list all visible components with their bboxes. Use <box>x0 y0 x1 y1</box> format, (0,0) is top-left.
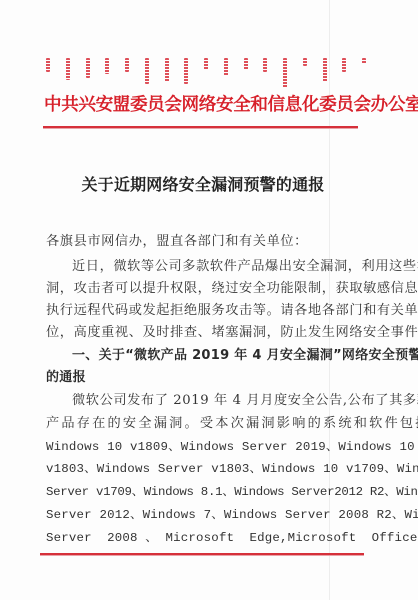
mongolian-word-glyph <box>66 58 70 80</box>
paragraph2-line: Server v1709、Windows 8.1、Windows Server2… <box>46 483 366 501</box>
section1-heading: 一、关于“微软产品 2019 年 4 月安全漏洞”网络安全预警 <box>72 347 392 365</box>
mongolian-word-glyph <box>165 58 169 82</box>
section1-heading: 的通报 <box>46 369 366 387</box>
paragraph1-line: 执行远程代码或发起拒绝服务攻击等。请各地各部门和有关单 <box>46 302 366 320</box>
salutation: 各旗县市网信办，盟直各部门和有关单位： <box>46 233 366 251</box>
paragraph2-line: Server 2008 、 Microsoft Edge,Microsoft O… <box>46 529 366 547</box>
mongolian-word-glyph <box>362 58 366 64</box>
paragraph2-line: 微软公司发布了 2019 年 4 月月度安全公告,公布了其多款 <box>72 392 392 410</box>
paragraph1-line: 近日，微软等公司多款软件产品爆出安全漏洞，利用这些漏 <box>72 258 392 276</box>
mongolian-word-glyph <box>263 58 267 72</box>
document-title: 关于近期网络安全漏洞预警的通报 <box>0 172 418 195</box>
letterhead-title: 中共兴安盟委员会网络安全和信息化委员会办公室 <box>44 93 364 117</box>
bottom-red-rule <box>40 553 364 556</box>
mongolian-word-glyph <box>244 58 248 70</box>
mongolian-word-glyph <box>46 58 50 72</box>
mongolian-word-glyph <box>125 58 129 72</box>
mongolian-word-glyph <box>283 58 287 88</box>
paragraph2-line: Server 2012、Windows 7、Windows Server 200… <box>46 506 366 524</box>
mongolian-word-glyph <box>86 58 90 78</box>
mongolian-word-glyph <box>105 58 109 74</box>
mongolian-word-glyph <box>204 58 208 70</box>
mongolian-word-glyph <box>224 58 228 76</box>
paragraph1-line: 位，高度重视、及时排查、堵塞漏洞，防止发生网络安全事件。 <box>46 324 366 342</box>
paragraph2-line: v1803、Windows Server v1803、Windows 10 v1… <box>46 460 366 478</box>
paragraph1-line: 洞，攻击者可以提升权限，绕过安全功能限制，获取敏感信息， <box>46 280 366 298</box>
mongolian-word-glyph <box>184 58 188 84</box>
document-page: 中共兴安盟委员会网络安全和信息化委员会办公室 关于近期网络安全漏洞预警的通报 各… <box>0 0 418 600</box>
paragraph2-line: Windows 10 v1809、Windows Server 2019、Win… <box>46 438 366 456</box>
mongolian-word-glyph <box>323 58 327 82</box>
mongolian-word-glyph <box>303 58 307 66</box>
mongolian-script-header <box>46 58 366 90</box>
mongolian-word-glyph <box>342 58 346 72</box>
letterhead-red-rule <box>43 126 358 129</box>
paragraph2-line: 产品存在的安全漏洞。受本次漏洞影响的系统和软件包括 <box>46 415 366 433</box>
mongolian-word-glyph <box>145 58 149 84</box>
